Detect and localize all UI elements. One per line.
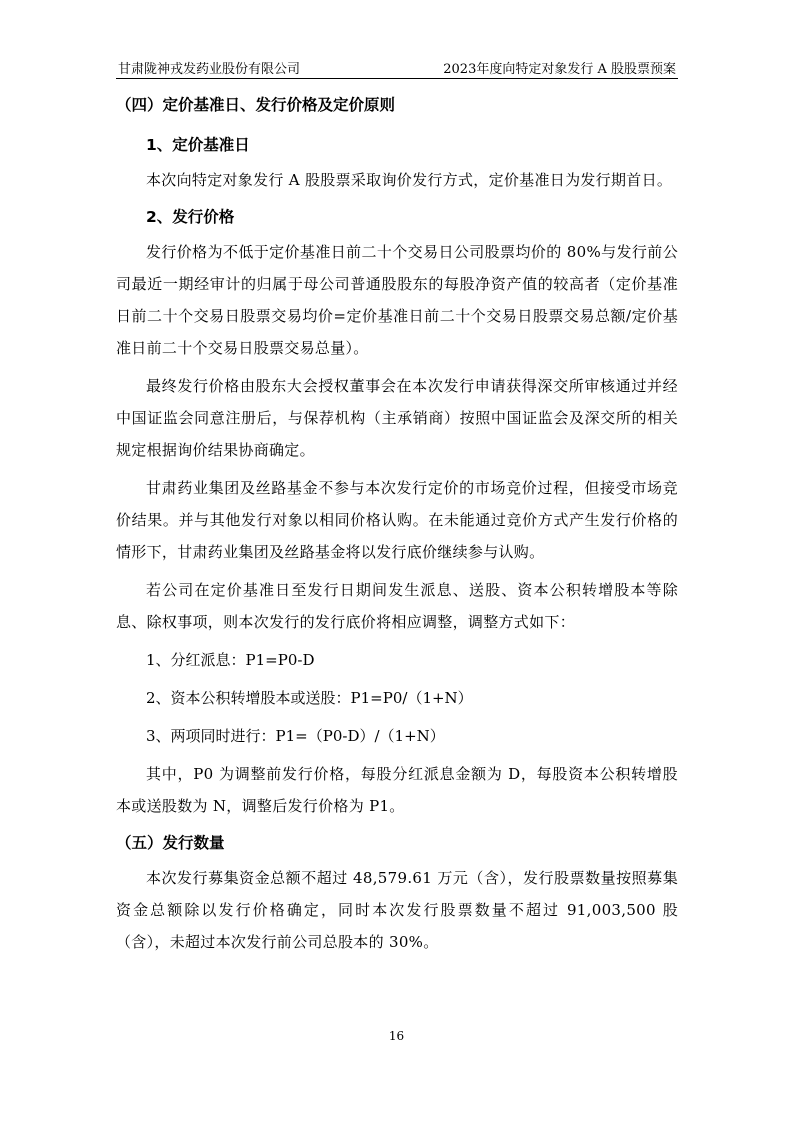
issue-price-paragraph-4: 若公司在定价基准日至发行日期间发生派息、送股、资本公积转增股本等除息、除权事项，… — [116, 574, 678, 638]
page-header: 甘肃陇神戎发药业股份有限公司 2023年度向特定对象发行 A 股股票预案 — [116, 56, 678, 79]
header-document-title: 2023年度向特定对象发行 A 股股票预案 — [443, 58, 676, 77]
header-company-name: 甘肃陇神戎发药业股份有限公司 — [118, 58, 300, 77]
issue-price-paragraph-3: 甘肃药业集团及丝路基金不参与本次发行定价的市场竞价过程，但接受市场竞价结果。并与… — [116, 472, 678, 568]
issue-quantity-paragraph: 本次发行募集资金总额不超过 48,579.61 万元（含），发行股票数量按照募集… — [116, 862, 678, 958]
formula-combined: 3、两项同时进行：P1=（P0-D）/（1+N） — [116, 720, 678, 752]
issue-price-paragraph-1: 发行价格为不低于定价基准日前二十个交易日公司股票均价的 80%与发行前公司最近一… — [116, 236, 678, 364]
formula-bonus-shares: 2、资本公积转增股本或送股：P1=P0/（1+N） — [116, 682, 678, 714]
section-5-heading: （五）发行数量 — [116, 830, 678, 856]
page-number: 16 — [0, 1029, 793, 1043]
subsection-issue-price-heading: 2、发行价格 — [116, 204, 678, 230]
page-body: （四）定价基准日、发行价格及定价原则 1、定价基准日 本次向特定对象发行 A 股… — [116, 90, 678, 958]
subsection-pricing-date-heading: 1、定价基准日 — [116, 132, 678, 158]
formula-explanation-paragraph: 其中，P0 为调整前发行价格，每股分红派息金额为 D，每股资本公积转增股本或送股… — [116, 758, 678, 822]
formula-dividend: 1、分红派息：P1=P0-D — [116, 644, 678, 676]
pricing-date-paragraph: 本次向特定对象发行 A 股股票采取询价发行方式，定价基准日为发行期首日。 — [116, 164, 678, 196]
section-4-heading: （四）定价基准日、发行价格及定价原则 — [116, 92, 678, 118]
issue-price-paragraph-2: 最终发行价格由股东大会授权董事会在本次发行申请获得深交所审核通过并经中国证监会同… — [116, 370, 678, 466]
